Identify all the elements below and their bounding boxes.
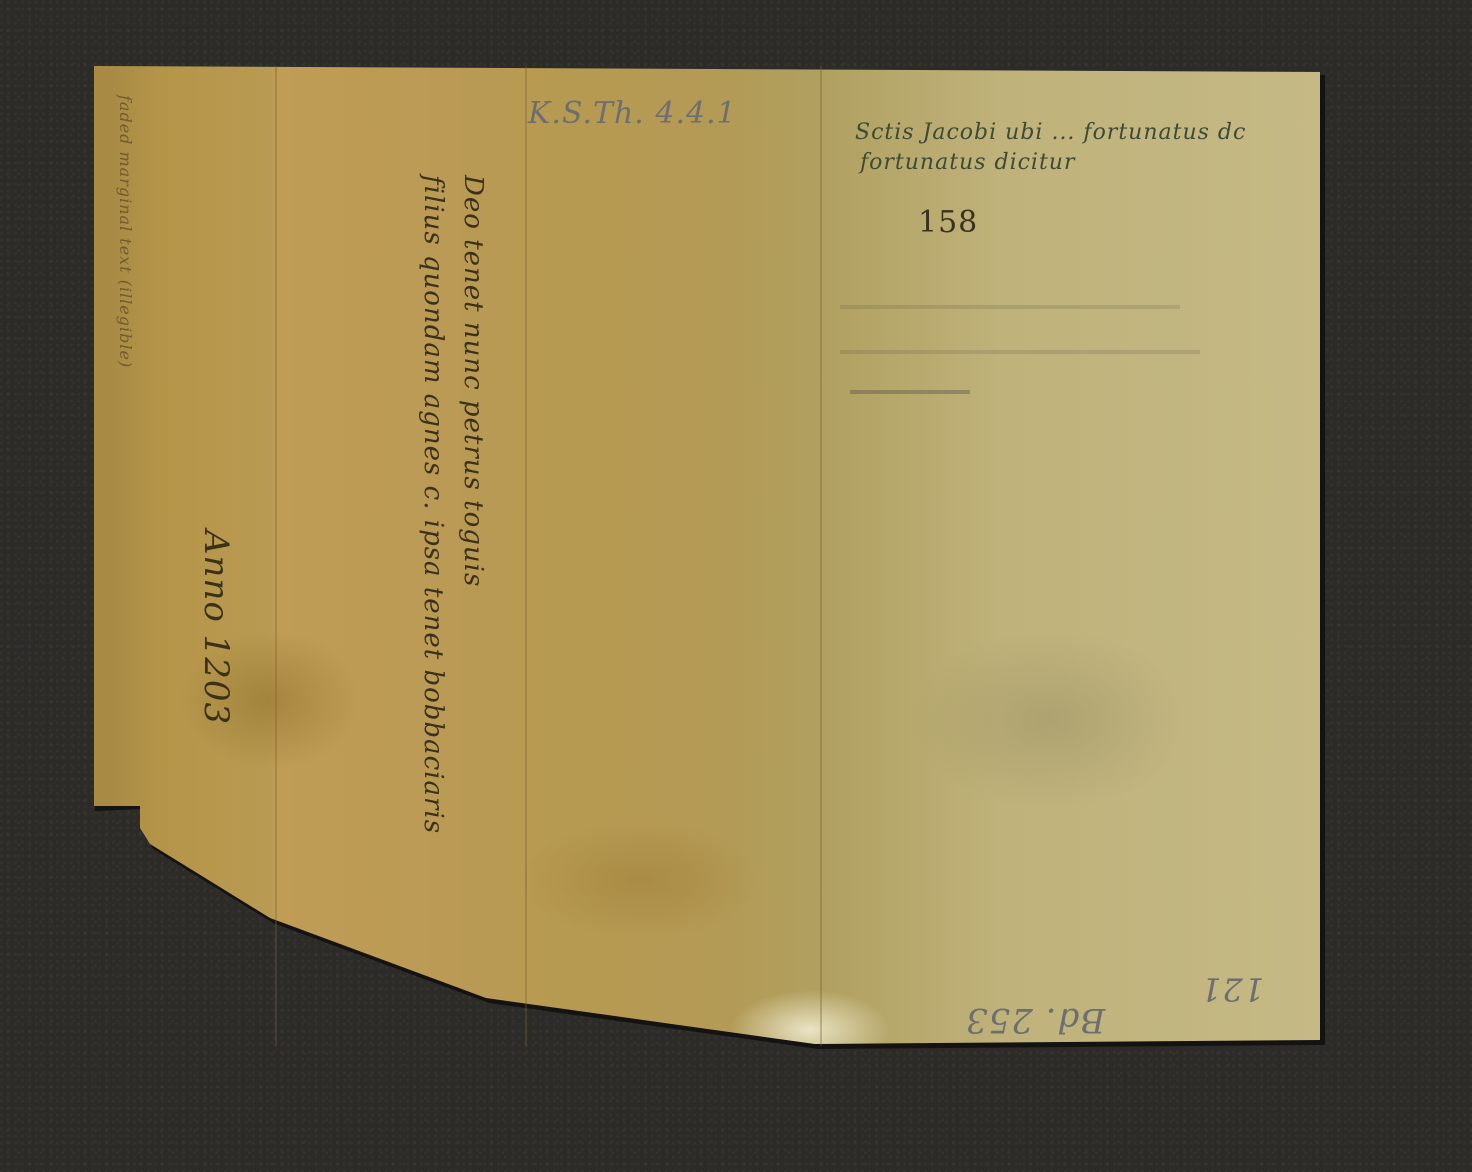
fold-line-3 xyxy=(820,66,822,1046)
dorsal-note-line1: Deo tenet nunc petrus toguis xyxy=(458,175,488,587)
bleed-through-line xyxy=(850,390,970,394)
bleed-through-line xyxy=(840,305,1180,309)
folio-number: 158 xyxy=(918,205,978,240)
fold-line-1 xyxy=(275,66,277,1046)
pencil-shelfmark: K.S.Th. 4.4.1 xyxy=(528,96,737,131)
dorsal-note-line2: filius quondam agnes c. ipsa tenet bobba… xyxy=(418,175,448,834)
bleed-through-line xyxy=(840,350,1200,354)
top-right-note-line1: Sctis Jacobi ubi ... fortunatus dc xyxy=(855,120,1246,145)
top-right-note-line2: fortunatus dicitur xyxy=(860,150,1076,175)
year-note: Anno 1203 xyxy=(196,530,236,725)
pencil-volume-ref: Bd. 253 xyxy=(965,1000,1105,1040)
faded-margin-text: faded marginal text (illegible) xyxy=(116,95,135,368)
fold-line-2 xyxy=(525,66,527,1046)
pencil-item-number: 121 xyxy=(1200,970,1264,1008)
